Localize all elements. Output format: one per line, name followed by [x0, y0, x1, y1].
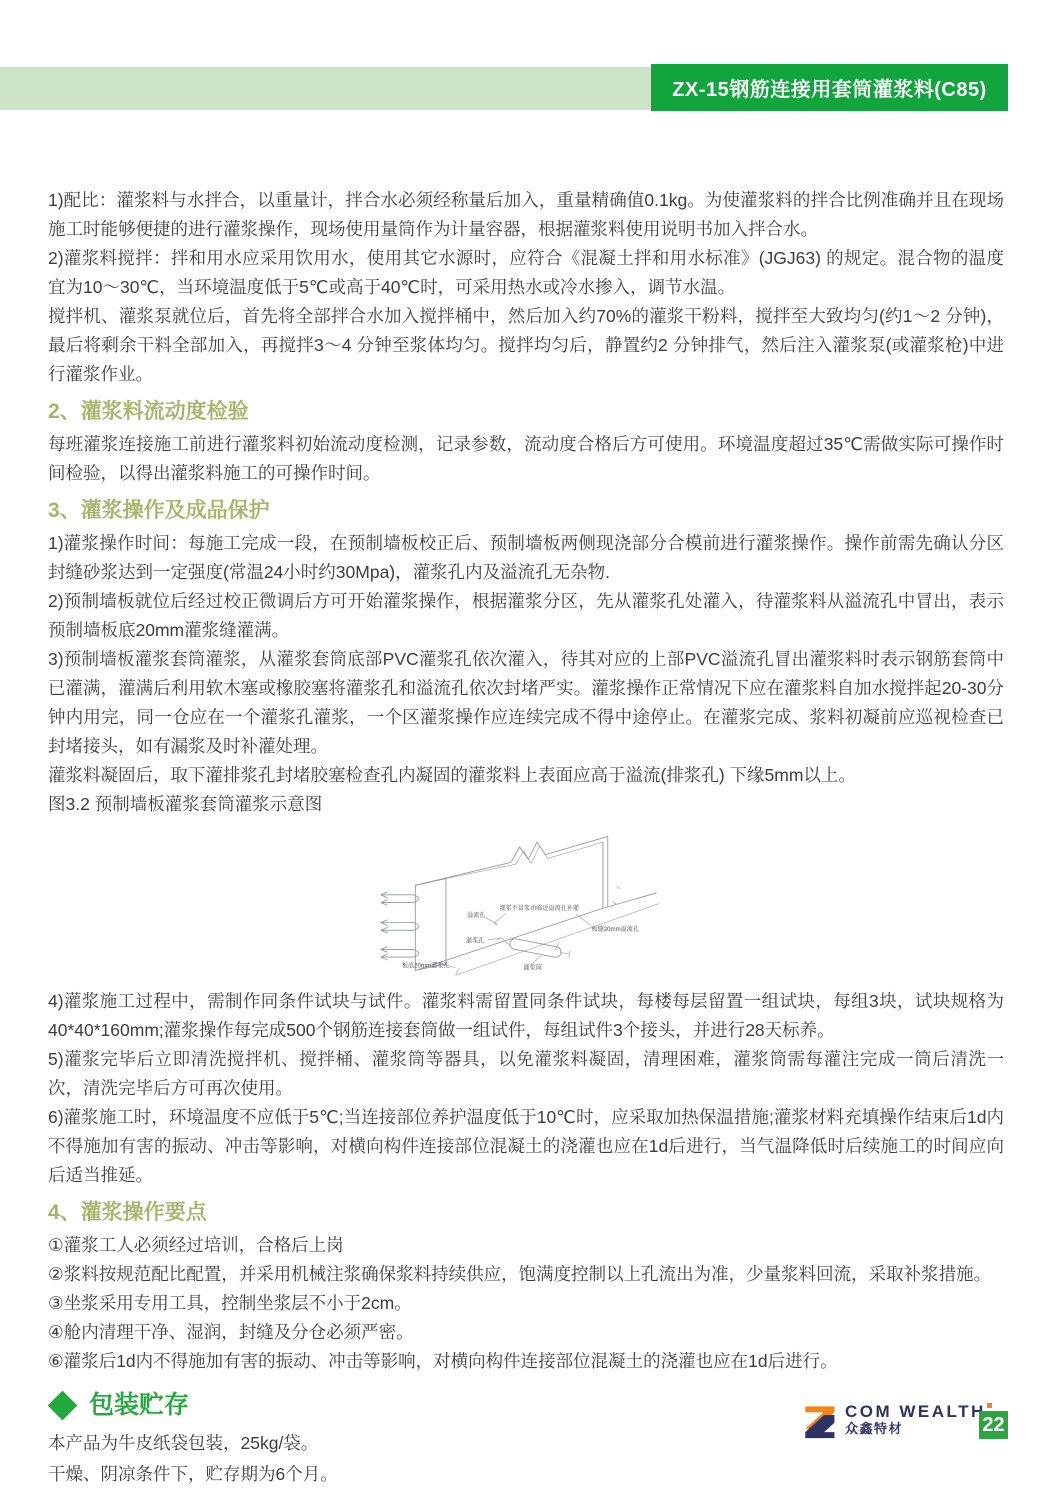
- panel-top-inner-edge: [446, 842, 603, 878]
- document-body: 1)配比：灌浆料与水拌合，以重量计，拌合水必须经称量后加入，重量精确值0.1kg…: [48, 186, 1004, 1490]
- storage-line-shelf-life: 干燥、阴凉条件下，贮存期为6个月。: [48, 1459, 1004, 1490]
- panel-right-edge: [603, 836, 608, 908]
- paragraph-mixing: 2)灌浆料搅拌：拌和用水应采用饮用水，使用其它水源时，应符合《混凝土拌和用水标准…: [48, 244, 1004, 302]
- diagram-label-top-note: 灌浆不冒浆由临近溢流孔补灌: [500, 904, 579, 912]
- figure-caption: 图3.2 预制墙板灌浆套筒灌浆示意图: [48, 790, 1004, 819]
- paragraph-mix-ratio: 1)配比：灌浆料与水拌合，以重量计，拌合水必须经称量后加入，重量精确值0.1kg…: [48, 186, 1004, 244]
- brand-orange-dot: [987, 1403, 992, 1408]
- diagram-label-grout-gun: 灌浆筒: [524, 964, 542, 972]
- paragraph-op-4: 4)灌浆施工过程中，需制作同条件试块与试件。灌浆料需留置同条件试块，每楼每层留置…: [48, 987, 1004, 1045]
- key-point-6: ⑥灌浆后1d内不得施加有害的振动、冲击等影响，对横向构件连接部位混凝土的浇灌也应…: [48, 1347, 1004, 1376]
- paragraph-op-2: 2)预制墙板就位后经过校正微调后方可开始灌浆操作，根据灌浆分区，先从灌浆孔处灌入…: [48, 587, 1004, 645]
- right-tick-marks: [613, 886, 621, 904]
- page-number-badge: 22: [979, 1411, 1008, 1439]
- key-point-3: ③坐浆采用专用工具，控制坐浆层不小于2cm。: [48, 1289, 1004, 1318]
- paragraph-mixer-procedure: 搅拌机、灌浆泵就位后，首先将全部拌合水加入搅拌桶中，然后加入约70%的灌浆干粉料…: [48, 302, 1004, 389]
- panel-top-edge: [415, 836, 607, 885]
- page-number: 22: [982, 1414, 1004, 1437]
- key-point-1: ①灌浆工人必须经过培训，合格后上岗: [48, 1231, 1004, 1260]
- brand-text: COM WEALTH 众鑫特材: [845, 1403, 992, 1436]
- key-point-2: ②浆料按规范配比配置，并采用机械注浆确保浆料持续供应，饱满度控制以上孔流出为准，…: [48, 1260, 1004, 1289]
- brand-name-en: COM WEALTH: [845, 1403, 992, 1420]
- paragraph-op-3: 3)预制墙板灌浆套筒灌浆，从灌浆套筒底部PVC灌浆孔依次灌入，待其对应的上部PV…: [48, 645, 1004, 761]
- paragraph-op-1: 1)灌浆操作时间：每施工完成一段，在预制墙板校正后、预制墙板两侧现浇部分合模前进…: [48, 529, 1004, 587]
- section-heading-fluidity: 2、灌浆料流动度检验: [48, 398, 1004, 425]
- paragraph-op-check: 灌浆料凝固后，取下灌排浆孔封堵胶塞检查孔内凝固的灌浆料上表面应高于溢流(排浆孔)…: [48, 761, 1004, 790]
- grout-gun: [509, 938, 570, 960]
- product-title: ZX-15钢筋连接用套筒灌浆料(C85): [672, 73, 986, 102]
- key-point-4: ④舱内清理干净、湿润，封缝及分仓必须严密。: [48, 1318, 1004, 1347]
- document-page: ZX-15钢筋连接用套筒灌浆料(C85) 1)配比：灌浆料与水拌合，以重量计，拌…: [0, 0, 1050, 1504]
- panel-left-face: [415, 879, 446, 971]
- diagram-label-seam-right: 板缝20mm溢流孔: [591, 925, 639, 933]
- grouting-diagram: 溢流孔 灌浆不冒浆由临近溢流孔补灌 板缝20mm溢流孔 灌浆孔 板底20mm灌浆…: [360, 824, 710, 982]
- paragraph-op-6: 6)灌浆施工时，环境温度不应低于5℃;当连接部位养护温度低于10℃时，应采取加热…: [48, 1103, 1004, 1190]
- diagram-label-seam-bottom: 板底20mm灌浆孔: [402, 962, 450, 970]
- brand-name-en-text: COM WEALTH: [845, 1402, 986, 1421]
- brand-z-icon: [801, 1403, 837, 1439]
- product-title-block: ZX-15钢筋连接用套筒灌浆料(C85): [651, 64, 1008, 111]
- rebar-hooks: [381, 892, 419, 960]
- diagram-label-grout-hole: 灌浆孔: [466, 937, 484, 945]
- page-footer: COM WEALTH 众鑫特材: [801, 1403, 977, 1439]
- diamond-icon: [48, 1390, 78, 1420]
- grouting-diagram-drawing: 溢流孔 灌浆不冒浆由临近溢流孔补灌 板缝20mm溢流孔 灌浆孔 板底20mm灌浆…: [360, 824, 710, 982]
- paragraph-op-5: 5)灌浆完毕后立即清洗搅拌机、搅拌桶、灌浆筒等器具，以免灌浆料凝固，清理困难，灌…: [48, 1045, 1004, 1103]
- section-heading-key-points: 4、灌浆操作要点: [48, 1199, 1004, 1226]
- section-heading-operation: 3、灌浆操作及成品保护: [48, 497, 1004, 524]
- leader-lines: [434, 913, 590, 968]
- gun-feed-line: [501, 937, 511, 946]
- base-seam-line: [456, 903, 660, 975]
- diagram-label-overflow-hole: 溢流孔: [467, 911, 485, 919]
- paragraph-fluidity: 每班灌浆连接施工前进行灌浆料初始流动度检测，记录参数，流动度合格后方可使用。环境…: [48, 430, 1004, 488]
- header-band: [0, 67, 651, 110]
- storage-heading-label: 包装贮存: [89, 1390, 189, 1420]
- brand-name-cn: 众鑫特材: [845, 1422, 992, 1436]
